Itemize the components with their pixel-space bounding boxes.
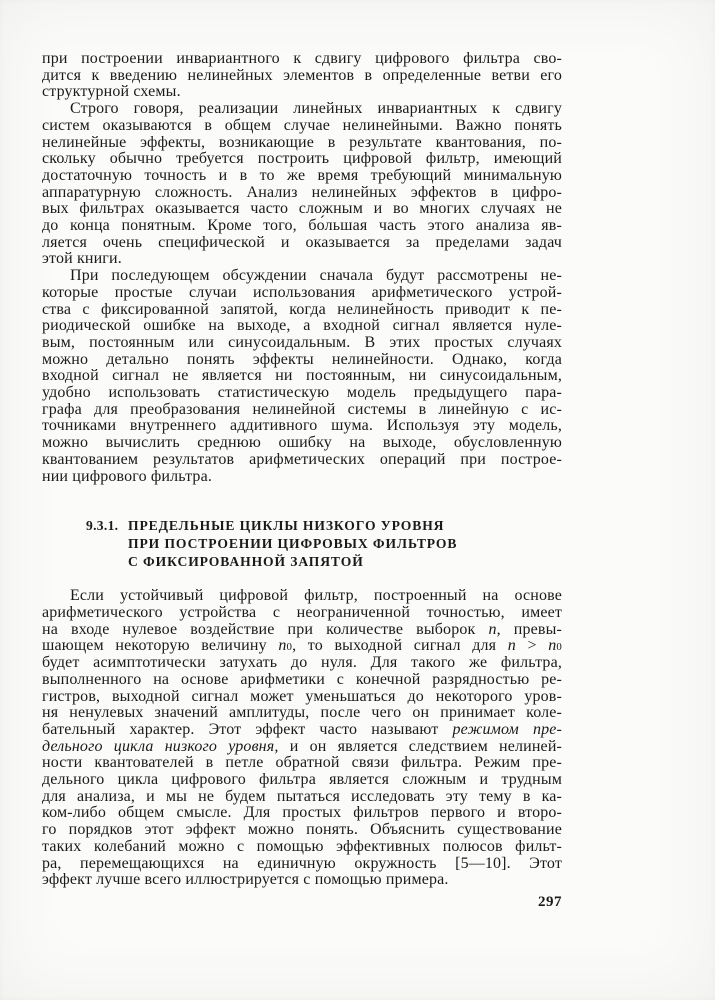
text-line: ня ненулевых значений амплитуды, после ч…: [42, 705, 562, 722]
text-line: шающем некоторую величину n0, то выходно…: [42, 638, 562, 655]
text-line: при построении инвариантного к сдвигу ци…: [42, 51, 562, 68]
text-line: дельного цикла цифрового фильтра являетс…: [42, 772, 562, 789]
text-line: до конца понятным. Кроме того, бо́льшая …: [42, 218, 562, 235]
text-line: можно детально понять эффекты нелинейнос…: [42, 352, 562, 369]
text-line: таких колебаний можно с помощью эффектив…: [42, 839, 562, 856]
text-line: Если устойчивый цифровой фильтр, построе…: [42, 588, 562, 605]
text-column: при построении инвариантного к сдвигу ци…: [42, 51, 562, 911]
paragraph: Если устойчивый цифровой фильтр, построе…: [42, 588, 562, 889]
text-line: дельного цикла низкого уровня, и он явля…: [42, 739, 562, 756]
text-line: систем оказываются в общем случае нелине…: [42, 118, 562, 135]
paragraph: Строго говоря, реализации линейных инвар…: [42, 101, 562, 268]
heading-text: ПРИ ПОСТРОЕНИИ ЦИФРОВЫХ ФИЛЬТРОВ: [128, 536, 457, 551]
text-line: бательный характер. Этот эффект часто на…: [42, 722, 562, 739]
text-line: ра, перемещающихся на единичную окружнос…: [42, 856, 562, 873]
text-line: Строго говоря, реализации линейных инвар…: [42, 101, 562, 118]
text-line: эффект лучше всего иллюстрируется с помо…: [42, 872, 562, 889]
text-line: нии цифрового фильтра.: [42, 469, 562, 486]
paragraph-continuation: при построении инвариантного к сдвигу ци…: [42, 51, 562, 101]
text-line: структурной схемы.: [42, 84, 562, 101]
page-number: 297: [42, 894, 562, 911]
heading-text: С ФИКСИРОВАННОЙ ЗАПЯТОЙ: [128, 554, 364, 569]
section-heading: 9.3.1.ПРЕДЕЛЬНЫЕ ЦИКЛЫ НИЗКОГО УРОВНЯ ПР…: [86, 517, 562, 571]
text-line: аппаратурную сложность. Анализ нелинейны…: [42, 185, 562, 202]
text-line: ляется очень специфической и оказывается…: [42, 235, 562, 252]
paragraph: При последующем обсуждении сначала будут…: [42, 268, 562, 485]
text-line: будет асимптотически затухать до нуля. Д…: [42, 655, 562, 672]
text-line: можно вычислить среднюю ошибку на выходе…: [42, 435, 562, 452]
text-line: достаточную точность и в то же время тре…: [42, 168, 562, 185]
heading-line: 9.3.1.ПРЕДЕЛЬНЫЕ ЦИКЛЫ НИЗКОГО УРОВНЯ: [86, 517, 562, 535]
text-line: ком-либо общем смысле. Для простых фильт…: [42, 805, 562, 822]
text-line: арифметического устройства с неограничен…: [42, 605, 562, 622]
heading-text: ПРЕДЕЛЬНЫЕ ЦИКЛЫ НИЗКОГО УРОВНЯ: [128, 518, 444, 533]
text-line: го порядков этот эффект можно понять. Об…: [42, 822, 562, 839]
text-line: квантованием результатов арифметических …: [42, 452, 562, 469]
text-line: этой книги.: [42, 251, 562, 268]
heading-line: С ФИКСИРОВАННОЙ ЗАПЯТОЙ: [86, 553, 562, 571]
text-line: выполненного на основе арифметики с коне…: [42, 672, 562, 689]
text-line: вым, постоянным или синусоидальным. В эт…: [42, 335, 562, 352]
text-line: нелинейные эффекты, возникающие в резуль…: [42, 135, 562, 152]
text-line: удобно использовать статистическую модел…: [42, 385, 562, 402]
text-line: скольку обычно требуется построить цифро…: [42, 151, 562, 168]
section-number: 9.3.1.: [86, 517, 128, 535]
text-line: гистров, выходной сигнал может уменьшать…: [42, 689, 562, 706]
text-line: которые простые случаи использования ари…: [42, 285, 562, 302]
text-line: ства с фиксированной запятой, когда нели…: [42, 302, 562, 319]
text-line: входной сигнал не является ни постоянным…: [42, 368, 562, 385]
text-line: При последующем обсуждении сначала будут…: [42, 268, 562, 285]
text-line: риодической ошибке на выходе, а входной …: [42, 318, 562, 335]
book-page: при построении инвариантного к сдвигу ци…: [0, 0, 715, 1000]
text-line: вых фильтрах оказывается часто сложным и…: [42, 201, 562, 218]
text-line: для анализа, и мы не будем пытаться иссл…: [42, 789, 562, 806]
text-line: ности квантователей в петле обратной свя…: [42, 755, 562, 772]
text-line: на входе нулевое воздействие при количес…: [42, 622, 562, 639]
heading-line: ПРИ ПОСТРОЕНИИ ЦИФРОВЫХ ФИЛЬТРОВ: [86, 535, 562, 553]
text-line: точниками внутреннего аддитивного шума. …: [42, 418, 562, 435]
text-line: дится к введению нелинейных элементов в …: [42, 68, 562, 85]
text-line: графа для преобразования нелинейной сист…: [42, 402, 562, 419]
